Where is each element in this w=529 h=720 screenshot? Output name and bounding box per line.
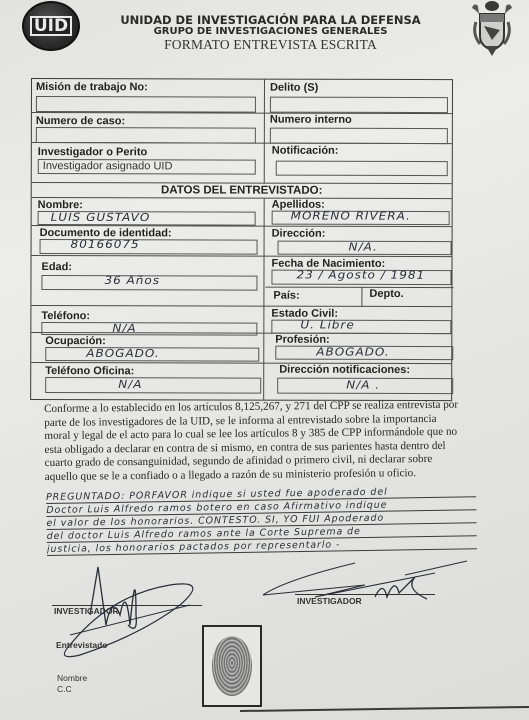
numero-caso-field[interactable] bbox=[36, 127, 256, 144]
edad-field[interactable]: 36 Años bbox=[41, 275, 257, 291]
edad-label: Edad: bbox=[41, 261, 72, 273]
telefono-label: Teléfono: bbox=[41, 310, 90, 322]
cc-label: C.C bbox=[57, 684, 72, 694]
direccion-label: Dirección: bbox=[272, 228, 326, 240]
direccion-notificaciones-value: N/A . bbox=[346, 378, 380, 391]
header-title: UNIDAD DE INVESTIGACIÓN PARA LA DEFENSA bbox=[0, 13, 529, 27]
legal-notice: Conforme a lo establecido en los artícul… bbox=[44, 398, 485, 484]
edad-value: 36 Años bbox=[104, 274, 160, 287]
telefono-oficina-value: N/A bbox=[118, 378, 142, 391]
ocupacion-label: Ocupación: bbox=[45, 335, 106, 347]
apellidos-value: MORENO RIVERA. bbox=[291, 209, 411, 222]
delito-field[interactable] bbox=[270, 97, 448, 113]
fecha-nacimiento-field[interactable]: 23 / Agosto / 1981 bbox=[271, 270, 451, 285]
mision-label: Misión de trabajo No: bbox=[36, 81, 148, 93]
direccion-value: N/A. bbox=[349, 240, 378, 253]
direccion-notificaciones-field[interactable]: N/A . bbox=[277, 378, 453, 394]
documento-value: 80166075 bbox=[71, 238, 140, 251]
depto-label: Depto. bbox=[369, 288, 403, 300]
row-telefono: Teléfono: N/A Estado Civil: U. Libre bbox=[31, 306, 451, 334]
interviewee-signature-icon bbox=[40, 555, 210, 665]
row-edad: Edad: 36 Años Fecha de Nacimiento: 23 / … bbox=[31, 256, 451, 307]
nombre-label: Nombre bbox=[57, 673, 87, 683]
ocupacion-value: ABOGADO. bbox=[86, 347, 159, 360]
profesion-value: ABOGADO. bbox=[316, 345, 389, 358]
investigador-value: Investigador asignado UID bbox=[43, 160, 173, 172]
interview-form: Misión de trabajo No: Delito (S) Numero … bbox=[30, 78, 453, 401]
pais-divider bbox=[265, 287, 453, 288]
fecha-nacimiento-value: 23 / Agosto / 1981 bbox=[296, 268, 425, 281]
telefono-oficina-label: Teléfono Oficina: bbox=[45, 365, 134, 377]
row-ocupacion: Ocupación: ABOGADO. Profesión: ABOGADO. bbox=[31, 333, 451, 364]
apellidos-field[interactable]: MORENO RIVERA. bbox=[272, 211, 450, 225]
numero-caso-label: Numero de caso: bbox=[36, 115, 125, 127]
nombre-label: Nombre: bbox=[38, 199, 83, 211]
estado-civil-value: U. Libre bbox=[300, 318, 354, 331]
investigador-field[interactable]: Investigador asignado UID bbox=[38, 159, 256, 175]
row-numero-caso: Numero de caso: Numero interno bbox=[32, 113, 452, 144]
ocupacion-field[interactable]: ABOGADO. bbox=[45, 347, 259, 362]
row-mision: Misión de trabajo No: Delito (S) bbox=[32, 79, 452, 114]
fingerprint-icon bbox=[212, 636, 252, 696]
nombre-field[interactable]: LUIS GUSTAVO bbox=[38, 211, 256, 226]
numero-interno-field[interactable] bbox=[270, 128, 448, 144]
investigador-label: Investigador o Perito bbox=[38, 146, 147, 158]
fingerprint-box bbox=[202, 625, 262, 707]
notificacion-label: Notificación: bbox=[272, 145, 339, 157]
numero-interno-label: Numero interno bbox=[270, 114, 352, 126]
nombre-value: LUIS GUSTAVO bbox=[51, 211, 151, 224]
pais-label: País: bbox=[273, 290, 299, 302]
profesion-label: Profesión: bbox=[275, 334, 329, 346]
bottom-edge-line bbox=[240, 706, 529, 712]
row-telefono-oficina: Teléfono Oficina: N/A Dirección notifica… bbox=[31, 363, 451, 400]
row-investigador: Investigador o Perito Investigador asign… bbox=[32, 143, 452, 184]
telefono-oficina-field[interactable]: N/A bbox=[45, 377, 261, 394]
header-subtitle: GRUPO DE INVESTIGACIONES GENERALES bbox=[0, 26, 529, 37]
section-title-entrevistado: DATOS DEL ENTREVISTADO: bbox=[32, 184, 452, 197]
row-documento: Documento de identidad: 80166075 Direcci… bbox=[32, 226, 452, 257]
colombia-coat-of-arms-icon bbox=[470, 0, 514, 58]
mision-field[interactable] bbox=[36, 96, 256, 113]
direccion-notificaciones-label: Dirección notificaciones: bbox=[279, 364, 410, 376]
handwritten-answer: PREGUNTADO: PORFAVOR indique si usted fu… bbox=[46, 484, 477, 556]
direccion-field[interactable]: N/A. bbox=[278, 241, 452, 255]
delito-label: Delito (S) bbox=[270, 82, 318, 94]
row-nombre: Nombre: LUIS GUSTAVO Apellidos: MORENO R… bbox=[32, 198, 452, 227]
investigator-signature-icon bbox=[255, 555, 470, 605]
documento-field[interactable]: 80166075 bbox=[40, 239, 258, 255]
estado-civil-field[interactable]: U. Libre bbox=[271, 320, 451, 334]
profesion-field[interactable]: ABOGADO. bbox=[275, 346, 453, 360]
row-section-title: DATOS DEL ENTREVISTADO: bbox=[32, 183, 452, 199]
form-name: FORMATO ENTREVISTA ESCRITA bbox=[0, 37, 529, 53]
notificacion-field[interactable] bbox=[276, 161, 448, 176]
pais-depto-divider bbox=[361, 287, 362, 307]
